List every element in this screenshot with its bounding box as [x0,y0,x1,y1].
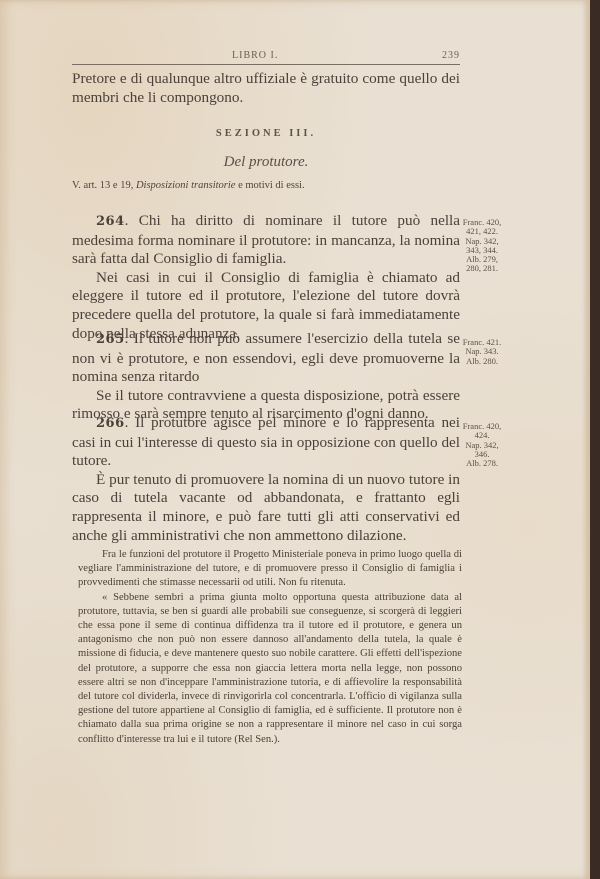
footnote-paragraph: Fra le funzioni del protutore il Progett… [78,548,462,591]
sidenote-265: Franc. 421. Nap. 343. Alb. 280. [457,338,507,366]
running-head: LIBRO I. 239 [72,48,460,65]
footnote-paragraph: « Sebbene sembri a prima giunta molto op… [78,591,462,747]
sidenote-line: Alb. 278. [457,459,507,468]
crossref-suffix: e motivi di essi. [238,180,305,191]
article-paragraph: 265. Il tutore non può assumere l'eserci… [72,330,460,387]
carryover-paragraph: Pretore e di qualunque altro uffiziale è… [72,70,460,107]
section-heading: SEZIONE III. [72,128,460,139]
crossref-prefix: V. art. 13 e 19, [72,180,133,191]
article-264: 264. Chi ha diritto di nominare il tutor… [72,212,460,343]
sidenote-line: Alb. 280. [457,357,507,366]
article-265: 265. Il tutore non può assumere l'eserci… [72,330,460,424]
section-subheading: Del protutore. [72,154,460,171]
article-number: 266 [96,416,125,431]
article-number: 265 [96,332,125,347]
cross-reference: V. art. 13 e 19, Disposizioni transitori… [72,180,472,191]
page-number: 239 [442,50,460,61]
article-text: È pur tenuto di promuovere la nomina di … [72,471,460,544]
article-paragraph: 266. Il protutore agisce pel minore e lo… [72,414,460,471]
article-266: 266. Il protutore agisce pel minore e lo… [72,414,460,545]
article-text: Il protutore agisce pel minore e lo rapp… [72,414,460,469]
sidenote-line: 280, 281. [457,264,507,273]
article-text: Chi ha diritto di nominare il tutore può… [72,212,460,267]
sidenote-264: Franc. 420, 421, 422. Nap. 342, 343, 344… [457,218,507,274]
article-number: 264 [96,214,125,229]
carryover-text: Pretore e di qualunque altro uffiziale è… [72,70,460,107]
book-page: LIBRO I. 239 Pretore e di qualunque altr… [0,0,590,879]
crossref-italic: Disposizioni transitorie [136,180,235,191]
article-text: Il tutore non può assumere l'esercizio d… [72,330,460,385]
sidenote-266: Franc. 420, 424. Nap. 342, 346. Alb. 278… [457,422,507,468]
commentary-notes: Fra le funzioni del protutore il Progett… [78,548,462,747]
running-title: LIBRO I. [232,50,278,61]
article-paragraph: È pur tenuto di promuovere la nomina di … [72,471,460,545]
article-paragraph: 264. Chi ha diritto di nominare il tutor… [72,212,460,269]
